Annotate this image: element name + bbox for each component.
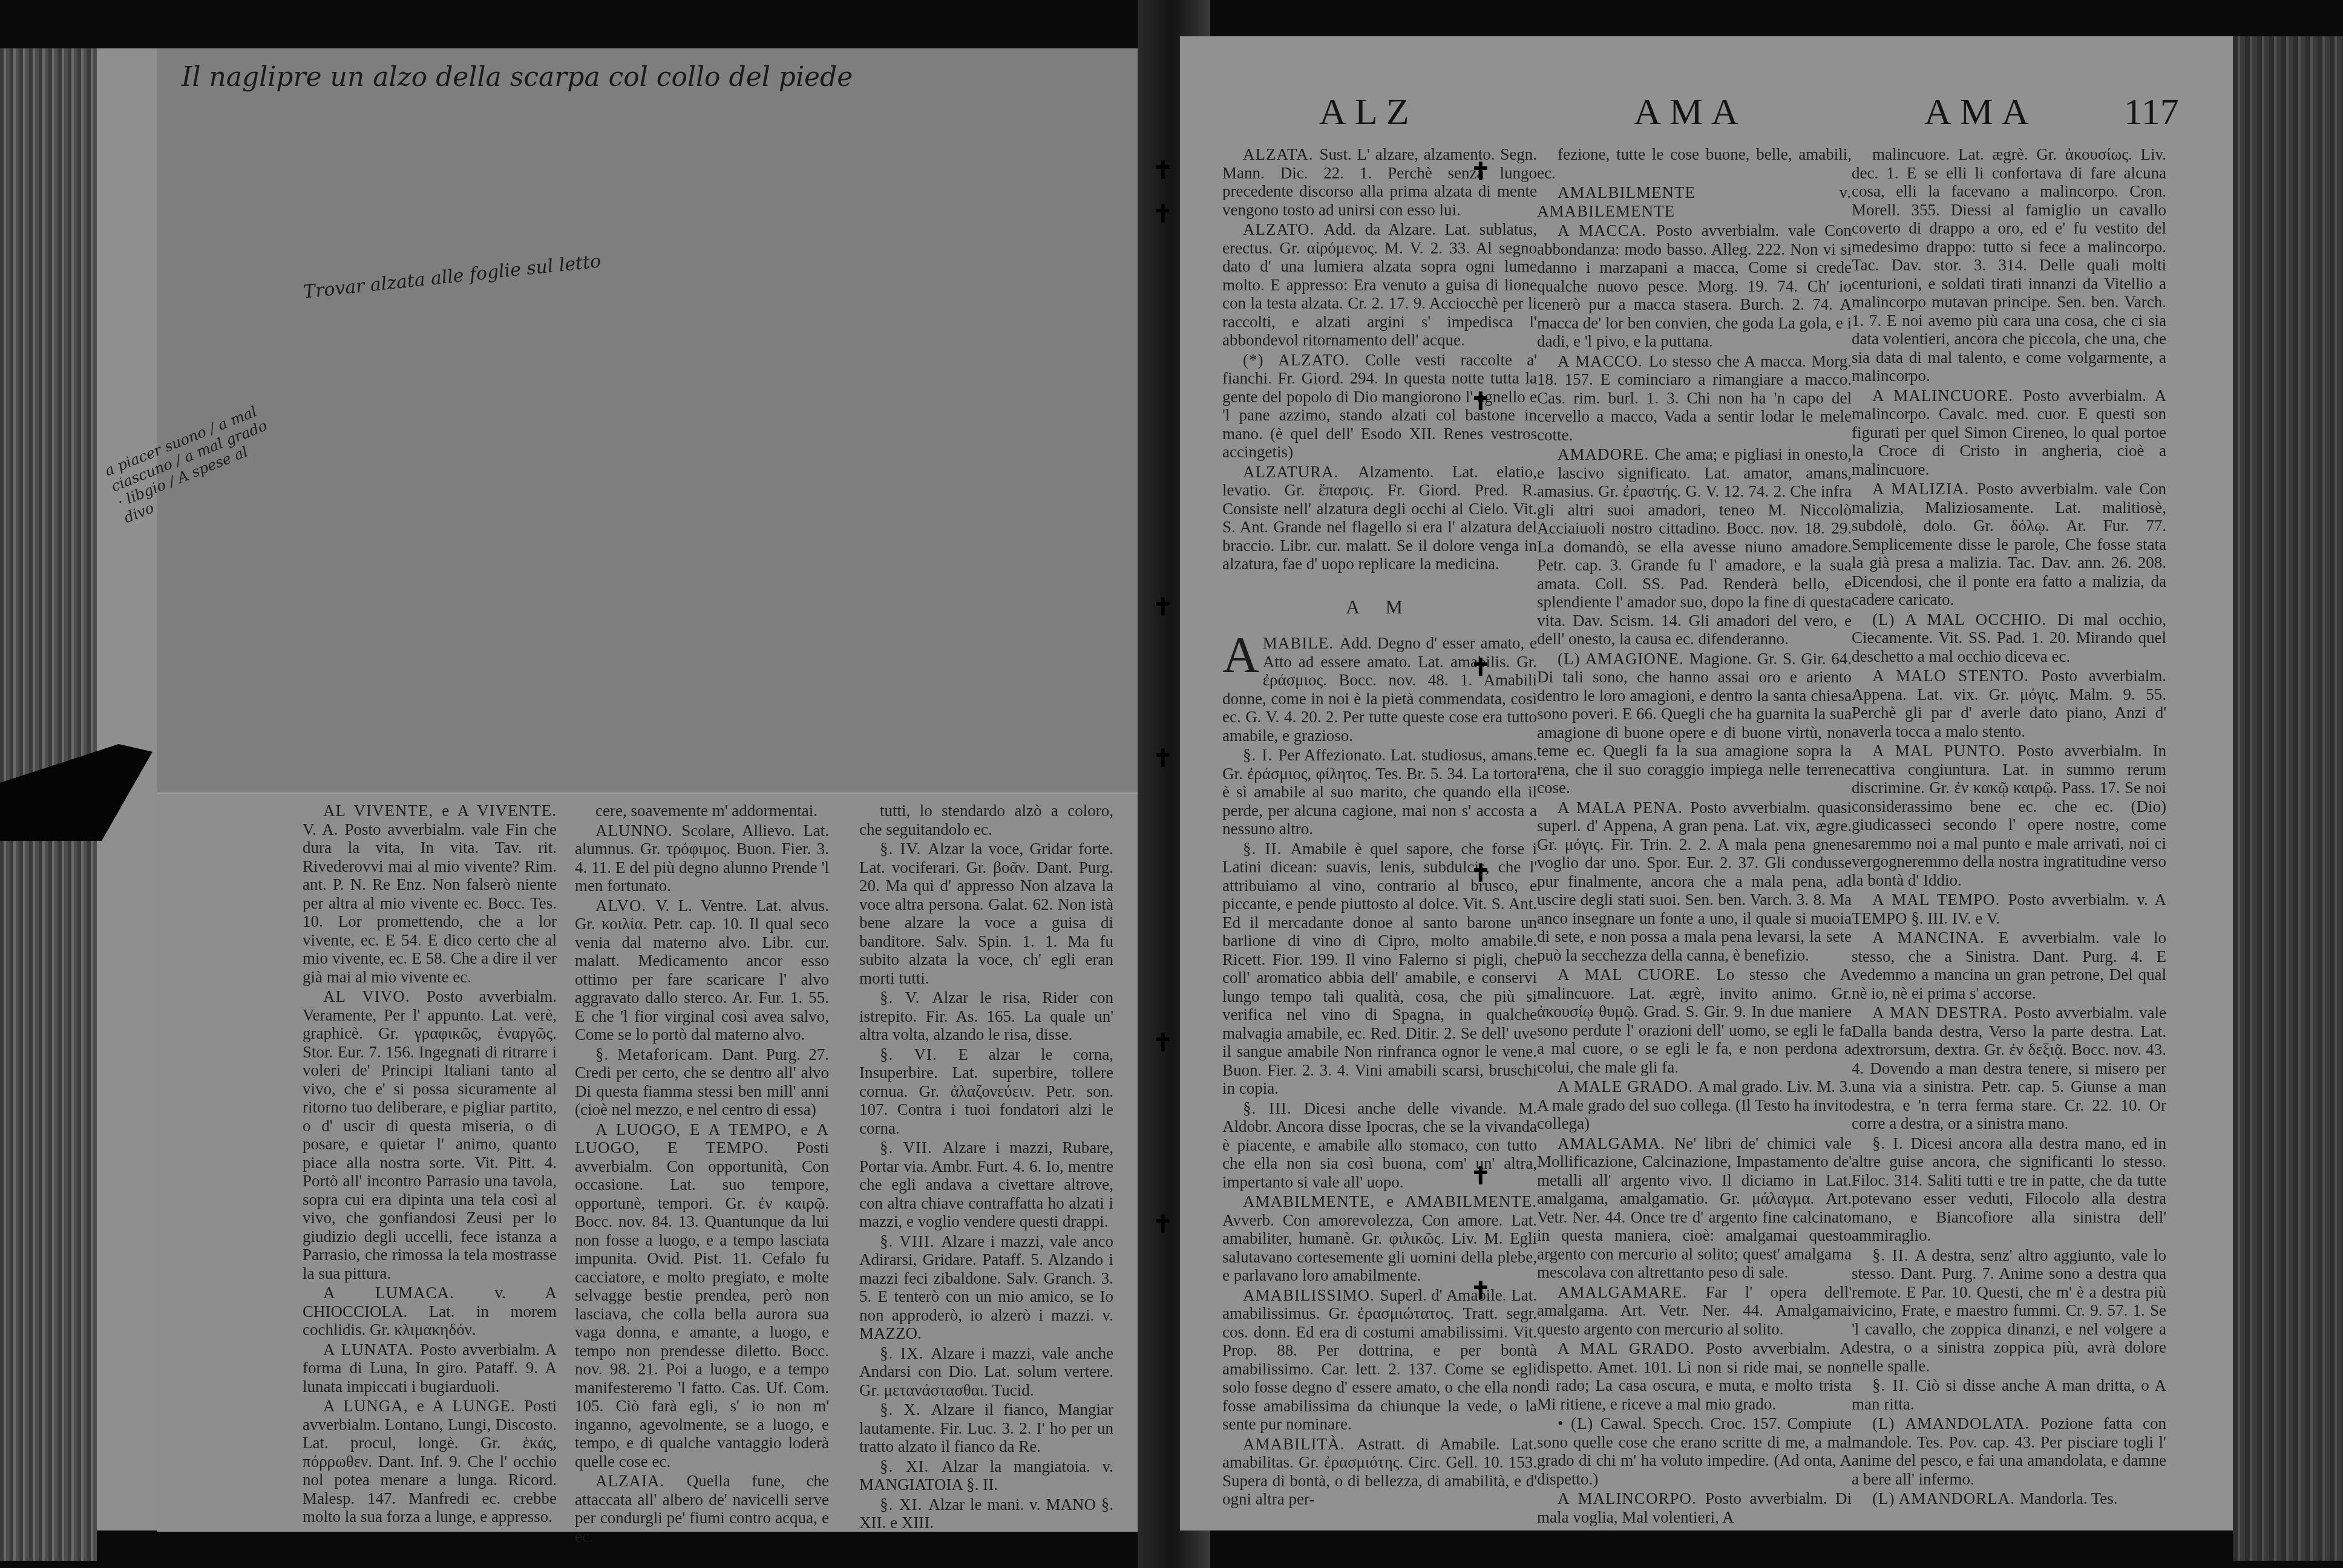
margin-cross-icon: ✝ bbox=[1470, 859, 1491, 887]
headword: (L) AMAGIONE. bbox=[1558, 650, 1689, 668]
dictionary-entry: A MALINCUORE. Posto avverbialm. A malinc… bbox=[1852, 387, 2166, 479]
running-head-3: AMA bbox=[1924, 91, 2037, 134]
margin-cross-icon: ✝ bbox=[1153, 200, 1173, 228]
headword: A LUMACA. bbox=[323, 1284, 495, 1302]
headword: AL VIVENTE, e A VIVENTE. bbox=[323, 802, 557, 820]
dictionary-entry: AMABILE. Add. Degno d' esser amato, e At… bbox=[1222, 634, 1537, 745]
headword: (L) AMANDOLATA. bbox=[1872, 1414, 2040, 1432]
headword: §. IX. bbox=[880, 1344, 931, 1362]
headword: ALZATO. bbox=[1243, 220, 1324, 238]
dictionary-entry: fezione, tutte le cose buone, belle, ama… bbox=[1537, 145, 1852, 182]
drop-cap: A bbox=[1222, 636, 1259, 675]
dictionary-entry: §. Metaforicam. Dant. Purg. 27. Credi pe… bbox=[575, 1045, 829, 1119]
margin-cross-icon: ✝ bbox=[1153, 744, 1173, 773]
dictionary-entry: AMALGAMA. Ne' libri de' chimici vale Mol… bbox=[1537, 1134, 1852, 1282]
margin-cross-icon: ✝ bbox=[1470, 1161, 1491, 1190]
left-column-3: tutti, lo stendardo alzò a coloro, che s… bbox=[859, 802, 1113, 1534]
dictionary-entry: (L) AMANDORLA. Mandorla. Tes. bbox=[1852, 1489, 2166, 1508]
left-page: Il naglipre un alzo della scarpa col col… bbox=[97, 48, 1150, 1530]
headword: (*) ALZATO. bbox=[1243, 351, 1365, 369]
dictionary-entry: (L) AMAGIONE. Magione. Gr. S. Gir. 64. D… bbox=[1537, 650, 1852, 797]
dictionary-entry: malincuore. Lat. ægrè. Gr. ἀκουσίως. Liv… bbox=[1852, 145, 2166, 385]
dictionary-entry: ALZATO. Add. da Alzare. Lat. sublatus, e… bbox=[1222, 220, 1537, 350]
dictionary-entry: tutti, lo stendardo alzò a coloro, che s… bbox=[859, 802, 1113, 838]
headword: AMADORE. bbox=[1558, 445, 1654, 463]
headword: §. II. bbox=[1872, 1246, 1915, 1264]
headword: A MAN DESTRA. bbox=[1872, 1004, 2014, 1022]
entry-definition: Posto avverbialm. quasi superl. d' Appen… bbox=[1537, 799, 1852, 964]
margin-cross-icon: ✝ bbox=[1153, 1028, 1173, 1057]
entry-definition: Avverb. Con amorevolezza, Con amore. Lat… bbox=[1222, 1211, 1537, 1285]
dictionary-entry: AMABILISSIMO. Superl. d' Amabile. Lat. a… bbox=[1222, 1286, 1537, 1434]
dictionary-entry: AMALGAMARE. Far l' opera dell' amalgama.… bbox=[1537, 1283, 1852, 1339]
entry-definition: Posti avverbialm. Con opportunità, Con o… bbox=[575, 1138, 829, 1471]
dictionary-entry: A MALE GRADO. A mal grado. Liv. M. 3. A … bbox=[1537, 1077, 1852, 1133]
dictionary-entry: AMABILMENTE, e AMABILMENTE. Avverb. Con … bbox=[1222, 1192, 1537, 1285]
headword: AMALGAMARE. bbox=[1558, 1283, 1706, 1301]
entry-definition: Magione. Gr. S. Gir. 64. Di tali sono, c… bbox=[1537, 650, 1852, 797]
dictionary-entry: A MACCA. Posto avverbialm. vale Con abbo… bbox=[1537, 221, 1852, 351]
margin-cross-icon: ✝ bbox=[1153, 156, 1173, 185]
entry-definition: Mandorla. Tes. bbox=[2020, 1489, 2118, 1508]
dictionary-entry: ALUNNO. Scolare, Allievo. Lat. alumnus. … bbox=[575, 822, 829, 895]
entry-definition: tutti, lo stendardo alzò a coloro, che s… bbox=[859, 802, 1113, 838]
dictionary-entry: §. XI. Alzar le mani. v. MANO §. XII. e … bbox=[859, 1495, 1113, 1532]
headword: ALZATA. bbox=[1243, 145, 1319, 163]
right-page-edge-stack bbox=[2233, 36, 2343, 1561]
entry-definition: V. L. Ventre. Lat. alvus. Gr. κοιλία. Pe… bbox=[575, 897, 829, 1044]
dictionary-entry: §. I. Per Affezionato. Lat. studiosus, a… bbox=[1222, 746, 1537, 838]
headword: MABILE. bbox=[1263, 634, 1340, 652]
headword: AMABILISSIMO. bbox=[1243, 1286, 1380, 1304]
headword: ALZATURA. bbox=[1243, 463, 1358, 481]
entry-definition: Superl. d' Amabile. Lat. amabilissimus. … bbox=[1222, 1286, 1537, 1434]
dictionary-entry: A MANCINA. E avverbialm. vale lo stesso,… bbox=[1852, 929, 2166, 1002]
headword: §. XI. bbox=[880, 1457, 942, 1475]
dictionary-entry: §. V. Alzar le risa, Rider con istrepito… bbox=[859, 988, 1113, 1044]
dictionary-entry: A LUOGO, E A TEMPO, e A LUOGO, E TEMPO. … bbox=[575, 1120, 829, 1471]
headword: A MAL GRADO. bbox=[1558, 1339, 1706, 1357]
left-column-1: AL VIVENTE, e A VIVENTE. V. A. Posto avv… bbox=[303, 802, 557, 1527]
dictionary-entry: A MAL GRADO. Posto avverbialm. A dispett… bbox=[1537, 1339, 1852, 1413]
headword: AMABILITÀ. bbox=[1243, 1435, 1357, 1453]
headword: §. VIII. bbox=[880, 1232, 941, 1250]
dictionary-entry: §. IX. Alzare i mazzi, vale anche Andars… bbox=[859, 1344, 1113, 1400]
dictionary-entry: A MACCO. Lo stesso che A macca. Morg. 18… bbox=[1537, 352, 1852, 445]
dictionary-entry: AMABILITÀ. Astratt. di Amabile. Lat. ama… bbox=[1222, 1435, 1537, 1509]
headword: A MACCO. bbox=[1558, 352, 1649, 370]
entry-definition: Posto avverbialm. In cattiva congiuntura… bbox=[1852, 742, 2166, 889]
headword: ALVO. bbox=[595, 897, 656, 915]
headword: ALZAIA. bbox=[595, 1472, 687, 1490]
headword: §. I. bbox=[1872, 1134, 1911, 1152]
entry-definition: V. A. Posto avverbialm. vale Fin che dur… bbox=[303, 820, 557, 986]
dictionary-entry: AL VIVENTE, e A VIVENTE. V. A. Posto avv… bbox=[303, 802, 557, 986]
dictionary-entry: ALVO. V. L. Ventre. Lat. alvus. Gr. κοιλ… bbox=[575, 897, 829, 1044]
headword: §. V. bbox=[880, 988, 932, 1007]
headword: A MACCA. bbox=[1558, 221, 1656, 240]
dictionary-entry: cere, soavemente m' addormentai. bbox=[575, 802, 829, 820]
dictionary-entry: A MALA PENA. Posto avverbialm. quasi sup… bbox=[1537, 799, 1852, 965]
headword: §. III. bbox=[1243, 1099, 1304, 1117]
headword: (L) A MAL OCCHIO. bbox=[1872, 610, 2057, 629]
headword: §. II. bbox=[1872, 1376, 1916, 1394]
headword: §. X. bbox=[880, 1400, 931, 1419]
dictionary-entry: AMALBILMENTE v. AMABILEMENTE bbox=[1537, 183, 1852, 220]
dictionary-entry: ALZAIA. Quella fune, che attaccata all' … bbox=[575, 1472, 829, 1546]
entry-definition: Alzar la voce, Gridar forte. Lat. vocife… bbox=[859, 840, 1113, 987]
entry-definition: Posto avverbialm. Veramente, Per l' appu… bbox=[303, 987, 557, 1282]
section-heading: A M bbox=[1222, 598, 1537, 616]
entry-definition: Che ama; e pigliasi in onesto, e lascivo… bbox=[1537, 445, 1852, 648]
dictionary-entry: (L) AMANDOLATA. Pozione fatta con mandol… bbox=[1852, 1414, 2166, 1488]
dictionary-entry: A MALIZIA. Posto avverbialm. vale Con ma… bbox=[1852, 480, 2166, 609]
dictionary-entry: §. II. Ciò si disse anche A man dritta, … bbox=[1852, 1376, 2166, 1413]
headword: AMALGAMA. bbox=[1558, 1134, 1674, 1152]
right-column-1: ALZATA. Sust. L' alzare, alzamento. Segn… bbox=[1222, 145, 1537, 1510]
dictionary-entry: §. IV. Alzar la voce, Gridar forte. Lat.… bbox=[859, 840, 1113, 987]
headword: • (L) bbox=[1558, 1414, 1601, 1432]
headword: A MALO STENTO. bbox=[1872, 667, 2041, 685]
entry-definition: cere, soavemente m' addormentai. bbox=[595, 802, 818, 820]
dictionary-entry: §. I. Dicesi ancora alla destra mano, ed… bbox=[1852, 1134, 2166, 1245]
headword: A LUOGO, E A TEMPO, e A LUOGO, E TEMPO. bbox=[575, 1120, 829, 1157]
dictionary-entry: A LUMACA. v. A CHIOCCIOLA. Lat. in morem… bbox=[303, 1284, 557, 1339]
dictionary-entry: A LUNATA. Posto avverbialm. A forma di L… bbox=[303, 1341, 557, 1396]
headword: A MALINCUORE. bbox=[1872, 387, 2023, 405]
dictionary-entry: A MAL TEMPO. Posto avverbialm. v. A TEMP… bbox=[1852, 890, 2166, 927]
margin-cross-icon: ✝ bbox=[1470, 157, 1491, 186]
margin-cross-icon: ✝ bbox=[1470, 1276, 1491, 1305]
entry-definition: fezione, tutte le cose buone, belle, ama… bbox=[1537, 145, 1852, 182]
dictionary-entry: A MAL PUNTO. Posto avverbialm. In cattiv… bbox=[1852, 742, 2166, 889]
page-number: 117 bbox=[2124, 91, 2179, 134]
dictionary-entry: (L) A MAL OCCHIO. Di mal occhio, Ciecame… bbox=[1852, 610, 2166, 666]
headword: ALUNNO. bbox=[595, 822, 681, 840]
margin-cross-icon: ✝ bbox=[1470, 387, 1491, 416]
dictionary-entry: AMADORE. Che ama; e pigliasi in onesto, … bbox=[1537, 445, 1852, 648]
right-column-3: malincuore. Lat. ægrè. Gr. ἀκουσίως. Liv… bbox=[1852, 145, 2166, 1509]
headword: AMABILMENTE, e AMABILMENTE. bbox=[1243, 1192, 1537, 1210]
headword: A MANCINA. bbox=[1872, 929, 1999, 947]
dictionary-entry: §. XI. Alzar la mangiatoia. v. MANGIATOI… bbox=[859, 1457, 1113, 1494]
entry-definition: Posto avverbialm. vale Con malizia, Mali… bbox=[1852, 480, 2166, 609]
left-column-2: cere, soavemente m' addormentai.ALUNNO. … bbox=[575, 802, 829, 1547]
headword: §. II. bbox=[1243, 840, 1291, 858]
dictionary-entry: AL VIVO. Posto avverbialm. Veramente, Pe… bbox=[303, 987, 557, 1282]
dictionary-entry: §. VI. E alzar le corna, Insuperbire. La… bbox=[859, 1045, 1113, 1138]
headword: §. I. bbox=[1243, 746, 1278, 764]
headword: §. Metaforicam. bbox=[595, 1045, 722, 1063]
headword: A MAL PUNTO. bbox=[1872, 742, 2017, 760]
right-column-2: fezione, tutte le cose buone, belle, ama… bbox=[1537, 145, 1852, 1527]
dictionary-entry: A MAN DESTRA. Posto avverbialm. vale Dal… bbox=[1852, 1004, 2166, 1133]
margin-cross-icon: ✝ bbox=[1153, 1210, 1173, 1238]
dictionary-entry: §. VII. Alzare i mazzi, Rubare, Portar v… bbox=[859, 1138, 1113, 1231]
entry-definition: Ne' libri de' chimici vale Mollificazion… bbox=[1537, 1134, 1852, 1282]
dictionary-entry: A MAL CUORE. Lo stesso che A malincuore.… bbox=[1537, 965, 1852, 1076]
entry-definition: Posto avverbialm. vale Dalla banda destr… bbox=[1852, 1004, 2166, 1132]
entry-definition: Add. da Alzare. Lat. sublatus, erectus. … bbox=[1222, 220, 1537, 349]
headword: A LUNATA. bbox=[323, 1341, 420, 1359]
dictionary-entry: §. II. A destra, senz' altro aggiunto, v… bbox=[1852, 1246, 2166, 1376]
headword: A MALA PENA. bbox=[1558, 799, 1690, 817]
entry-definition: malincuore. Lat. ægrè. Gr. ἀκουσίως. Liv… bbox=[1852, 145, 2166, 385]
headword: A MALIZIA. bbox=[1872, 480, 1977, 498]
headword: A MAL CUORE. bbox=[1558, 965, 1716, 984]
headword: A MALINCORPO. bbox=[1558, 1489, 1705, 1508]
running-head-2: AMA bbox=[1634, 91, 1747, 134]
headword: A LUNGA, e A LUNGE. bbox=[323, 1397, 524, 1415]
running-head-1: ALZ bbox=[1319, 91, 1418, 134]
handwritten-note-top: Il naglipre un alzo della scarpa col col… bbox=[182, 62, 853, 93]
dictionary-entry: A LUNGA, e A LUNGE. Posti avverbialm. Lo… bbox=[303, 1397, 557, 1526]
headword: A MAL TEMPO. bbox=[1872, 890, 2008, 909]
entry-definition: Posto avverbialm. vale Con abbondanza: m… bbox=[1537, 221, 1852, 350]
dictionary-entry: §. VIII. Alzare i mazzi, vale anco Adira… bbox=[859, 1232, 1113, 1343]
headword: (L) AMANDORLA. bbox=[1872, 1489, 2020, 1508]
left-page-blank-flap bbox=[157, 48, 1150, 792]
headword: §. VI. bbox=[880, 1045, 958, 1063]
headword: §. XI. bbox=[880, 1495, 928, 1514]
dictionary-entry: §. X. Alzare il fianco, Mangiar lautamen… bbox=[859, 1400, 1113, 1456]
dictionary-entry: A MALO STENTO. Posto avverbialm. Appena.… bbox=[1852, 667, 2166, 740]
headword: AMALBILMENTE v. AMABILEMENTE bbox=[1537, 183, 1852, 220]
margin-cross-icon: ✝ bbox=[1470, 653, 1491, 682]
entry-definition: A destra, senz' altro aggiunto, vale lo … bbox=[1852, 1246, 2166, 1375]
dictionary-entry: A MALINCORPO. Posto avverbialm. Di mala … bbox=[1537, 1489, 1852, 1526]
entry-definition: Posti avverbialm. Lontano, Lungi, Discos… bbox=[303, 1397, 557, 1526]
headword: A MALE GRADO. bbox=[1558, 1077, 1698, 1096]
headword: §. VII. bbox=[880, 1138, 942, 1157]
headword: AL VIVO. bbox=[323, 987, 427, 1005]
headword: §. IV. bbox=[880, 840, 928, 858]
dictionary-entry: ALZATURA. Alzamento. Lat. elatio, levati… bbox=[1222, 463, 1537, 573]
right-page: ALZ AMA AMA 117 ALZATA. Sust. L' alzare,… bbox=[1180, 36, 2233, 1530]
dictionary-entry: • (L) Cawal. Specch. Croc. 157. Compiute… bbox=[1537, 1414, 1852, 1488]
margin-cross-icon: ✝ bbox=[1153, 593, 1173, 621]
